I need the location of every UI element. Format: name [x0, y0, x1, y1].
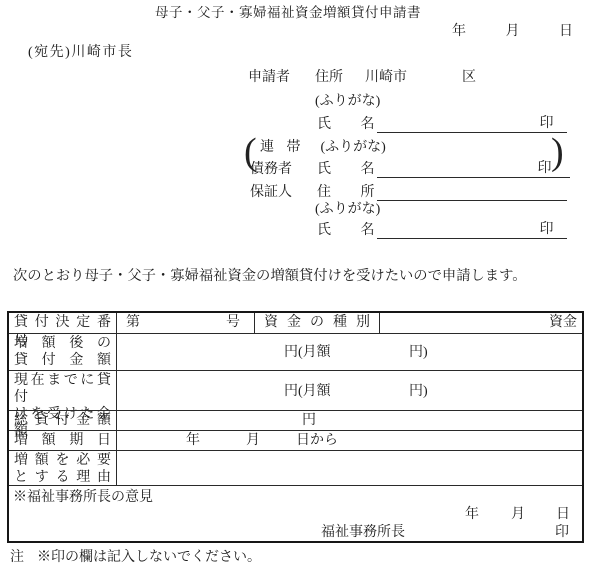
increase-date-header: 増 額 期 日	[9, 430, 116, 450]
yen-close-label: 円)	[409, 383, 428, 400]
increased-amount-header: 増 額 後 の 貸 付 金 額	[9, 333, 116, 370]
applicant-furigana-label: (ふりがな)	[315, 93, 380, 110]
welfare-office-director-label: 福祉事務所長	[321, 524, 405, 541]
guarantor-name-label: 氏 名	[317, 223, 375, 238]
opinion-month-label: 月	[511, 506, 525, 523]
applicant-label: 申請者	[248, 70, 290, 85]
total-yen-label: 円	[302, 412, 316, 429]
guarantor-label: 保証人	[250, 185, 292, 200]
joint-debtor-seal-mark: 印	[538, 160, 552, 177]
year-label: 年	[186, 432, 200, 449]
increase-date-cell: 年 月 日から	[116, 430, 582, 450]
guarantor-name-line: 氏 名印	[317, 221, 567, 239]
applicant-name-label: 氏 名	[317, 117, 375, 132]
yen-monthly-label: 円(月額	[284, 344, 331, 361]
opinion-year-label: 年	[465, 506, 479, 523]
application-form-page: 母子・父子・寡婦福祉資金増額貸付申請書 年 月 日 (宛先)川崎市長 申請者住所…	[0, 0, 592, 566]
opinion-day-label: 日	[556, 506, 570, 523]
yen-close-label: 円)	[409, 344, 428, 361]
applicant-ward: 区	[462, 70, 476, 85]
total-loan-cell: 円	[116, 410, 582, 430]
form-date-line: 年 月 日	[452, 23, 573, 40]
note-line: 注※印の欄は記入しないでください。	[10, 549, 261, 566]
statement-line: 次のとおり母子・父子・寡婦福祉資金の増額貸付けを受けたいので申請します。	[13, 268, 527, 285]
guarantor-name-underline: 印	[377, 221, 567, 239]
guarantor-address-label: 住 所	[317, 185, 375, 200]
current-loan-cell: 円(月額 円)	[116, 370, 582, 410]
fund-type-header: 資 金 の 種 別	[254, 313, 379, 333]
fund-type-cell: 資金	[379, 313, 582, 333]
decision-number-suffix: 号	[226, 315, 240, 330]
increase-reason-header: 増 額 を 必 要 と す る 理 由	[9, 450, 116, 485]
note-label: 注	[10, 550, 24, 565]
month-label: 月	[246, 432, 260, 449]
decision-number-prefix: 第	[126, 315, 181, 330]
welfare-office-opinion-cell: ※福祉事務所長の意見 年 月 日 福祉事務所長 印	[9, 485, 582, 541]
joint-debtor-line2: 債務者氏 名印	[250, 160, 570, 178]
welfare-office-opinion-header: ※福祉事務所長の意見	[13, 489, 153, 506]
joint-debtor-line1: 連 帯(ふりがな)	[260, 139, 386, 156]
fund-type-suffix: 資金	[549, 315, 577, 330]
joint-debtor-label-bottom: 債務者	[250, 162, 292, 177]
note-text: ※印の欄は記入しないでください。	[37, 550, 261, 565]
joint-debtor-label-top: 連 帯	[260, 140, 301, 155]
increased-amount-cell: 円(月額 円)	[116, 333, 582, 370]
yen-monthly-label: 円(月額	[284, 383, 331, 400]
day-from-label: 日から	[296, 432, 338, 449]
form-title: 母子・父子・寡婦福祉資金増額貸付申請書	[155, 4, 421, 21]
joint-debtor-furigana-label: (ふりがな)	[321, 140, 386, 155]
current-loan-header: 現在までに貸付 けを受けた金額	[9, 370, 116, 410]
joint-debtor-name-underline: 印	[377, 160, 570, 178]
total-loan-header: 総 貸 付 金 額	[9, 410, 116, 430]
applicant-name-underline: 印	[377, 115, 567, 133]
applicant-city: 川崎市	[365, 70, 407, 85]
loan-details-table: 貸 付 決 定 番 号 第 号 資 金 の 種 別 資金 増 額 後 の 貸 付…	[7, 311, 584, 543]
increase-reason-cell	[116, 450, 582, 485]
addressee-line: (宛先)川崎市長	[28, 44, 133, 61]
guarantor-address-line: 保証人住 所	[250, 183, 567, 201]
decision-number-header: 貸 付 決 定 番 号	[9, 313, 116, 333]
guarantor-furigana-label: (ふりがな)	[315, 201, 380, 218]
director-seal-mark: 印	[555, 524, 569, 541]
guarantor-address-underline	[377, 183, 567, 201]
applicant-name-line: 氏 名印	[317, 115, 567, 133]
decision-number-cell: 第 号	[116, 313, 254, 333]
guarantor-seal-mark: 印	[540, 221, 554, 238]
applicant-line: 申請者住所川崎市区	[248, 69, 476, 86]
joint-debtor-name-label: 氏 名	[317, 162, 375, 177]
applicant-address-label: 住所	[315, 70, 343, 85]
